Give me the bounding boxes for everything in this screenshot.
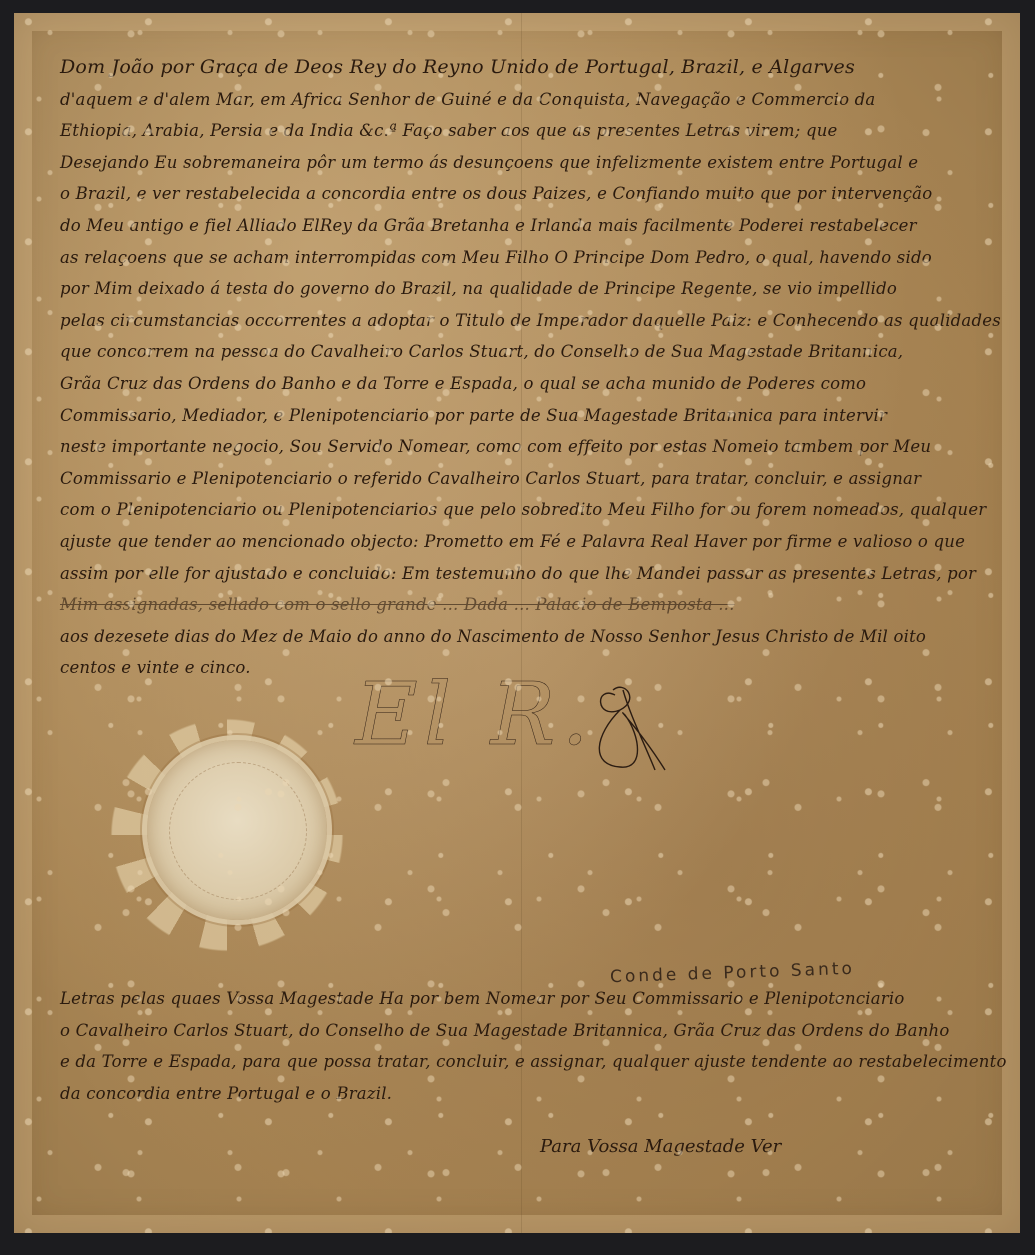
- text-line: da concordia entre Portugal e o Brazil.: [60, 1078, 960, 1110]
- text-line: aos dezesete dias do Mez de Maio do anno…: [60, 621, 960, 653]
- text-line: o Cavalheiro Carlos Stuart, do Conselho …: [60, 1015, 960, 1047]
- seal-disc: [147, 740, 327, 920]
- royal-signature: El R.: [355, 665, 705, 785]
- text-line: Desejando Eu sobremaneira pôr um termo á…: [60, 147, 960, 179]
- text-line: e da Torre e Espada, para que possa trat…: [60, 1046, 960, 1078]
- text-line: Commissario, Mediador, e Plenipotenciari…: [60, 400, 960, 432]
- text-line: Letras pelas quaes Vossa Magestade Ha po…: [60, 983, 960, 1015]
- text-line: por Mim deixado á testa do governo do Br…: [60, 273, 960, 305]
- text-line: neste importante negocio, Sou Servido No…: [60, 431, 960, 463]
- text-line: as relaçoens que se acham interrompidas …: [60, 242, 960, 274]
- text-line: assim por elle for ajustado e concluido:…: [60, 558, 960, 590]
- text-line: o Brazil, e ver restabelecida a concordi…: [60, 178, 960, 210]
- text-line: d'aquem e d'alem Mar, em Africa Senhor d…: [60, 84, 960, 116]
- closing-line: Para Vossa Magestade Ver: [540, 1136, 781, 1157]
- text-line: Grãa Cruz das Ordens do Banho e da Torre…: [60, 368, 960, 400]
- signature-el-rei: El R.: [355, 665, 595, 765]
- struck-text-line: Mim assignadas, sellado com o sello gran…: [60, 589, 960, 621]
- manuscript-page: Dom João por Graça de Deos Rey do Reyno …: [14, 13, 1020, 1233]
- text-line: Commissario e Plenipotenciario o referid…: [60, 463, 960, 495]
- seal-inner-ring: [169, 762, 307, 900]
- monogram-flourish-icon: [585, 675, 675, 775]
- text-line: que concorrem na pessoa do Cavalheiro Ca…: [60, 336, 960, 368]
- text-line: Ethiopia, Arabia, Persia e da India &c.ª…: [60, 115, 960, 147]
- text-line: ajuste que tender ao mencionado objecto:…: [60, 526, 960, 558]
- text-line: pelas circumstancias occorrentes a adopt…: [60, 305, 960, 337]
- royal-seal: [92, 700, 362, 970]
- main-body-text: Dom João por Graça de Deos Rey do Reyno …: [60, 52, 960, 684]
- endorsement-text: Letras pelas quaes Vossa Magestade Ha po…: [60, 983, 960, 1109]
- text-line: Dom João por Graça de Deos Rey do Reyno …: [60, 52, 960, 84]
- text-line: do Meu antigo e fiel Alliado ElRey da Gr…: [60, 210, 960, 242]
- text-line: com o Plenipotenciario ou Plenipotenciar…: [60, 494, 960, 526]
